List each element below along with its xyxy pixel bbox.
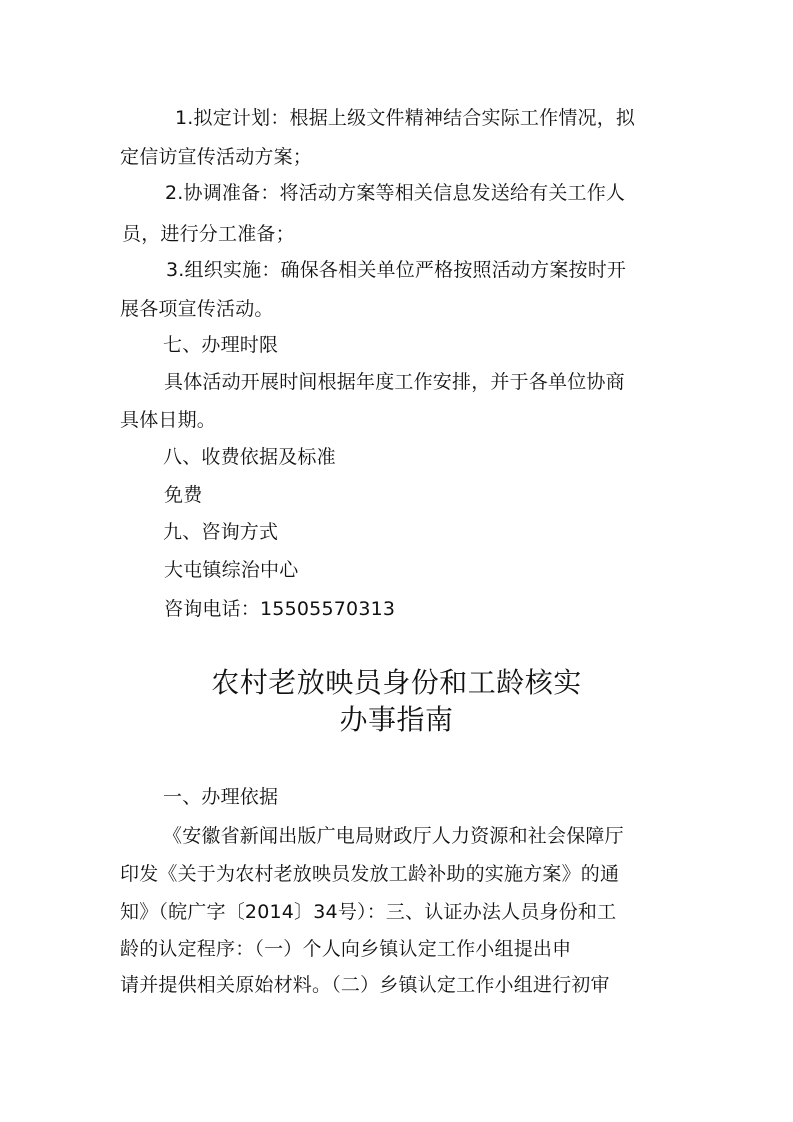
basis-line-4: 龄的认定程序：（一）个人向乡镇认定工作小组提出申 [120,937,571,961]
time-limit-text-line-2: 具体日期。 [120,408,216,432]
step-2-line-1: 2.协调准备：将活动方案等相关信息发送给有关工作人 [165,181,625,205]
step-1-line-2: 定信访宣传活动方案； [120,145,312,169]
basis-line-2: 印发《关于为农村老放映员发放工龄补助的实施方案》的通 [120,862,619,886]
fee-text: 免费 [164,483,202,507]
contact-phone-row: 咨询电话：15505570313 [164,597,395,621]
phone-number: 15505570313 [260,598,395,620]
basis-line-3: 知》（皖广字〔2014〕34号）：三、认证办法人员身份和工 [120,900,616,924]
fee-heading: 八、收费依据及标准 [163,445,336,469]
phone-label: 咨询电话： [164,598,260,620]
step-1-line-1: 1.拟定计划：根据上级文件精神结合实际工作情况，拟 [175,106,635,130]
contact-heading: 九、咨询方式 [163,520,278,544]
guide-title-line-1: 农村老放映员身份和工龄核实 [0,665,793,701]
basis-line-1: 《安徽省新闻出版广电局财政厅人力资源和社会保障厅 [163,824,624,848]
basis-line-5: 请并提供相关原始材料。（二）乡镇认定工作小组进行初审 [120,973,610,997]
step-3-line-2: 展各项宣传活动。 [120,297,274,321]
basis-heading: 一、办理依据 [163,785,278,809]
guide-title-line-2: 办事指南 [0,702,793,738]
step-2-line-2: 员，进行分工准备； [122,222,295,246]
time-limit-heading: 七、办理时限 [163,333,278,357]
step-3-line-1: 3.组织实施：确保各相关单位严格按照活动方案按时开 [166,258,626,282]
time-limit-text-line-1: 具体活动开展时间根据年度工作安排，并于各单位协商 [164,370,625,394]
contact-org: 大屯镇综治中心 [164,558,298,582]
